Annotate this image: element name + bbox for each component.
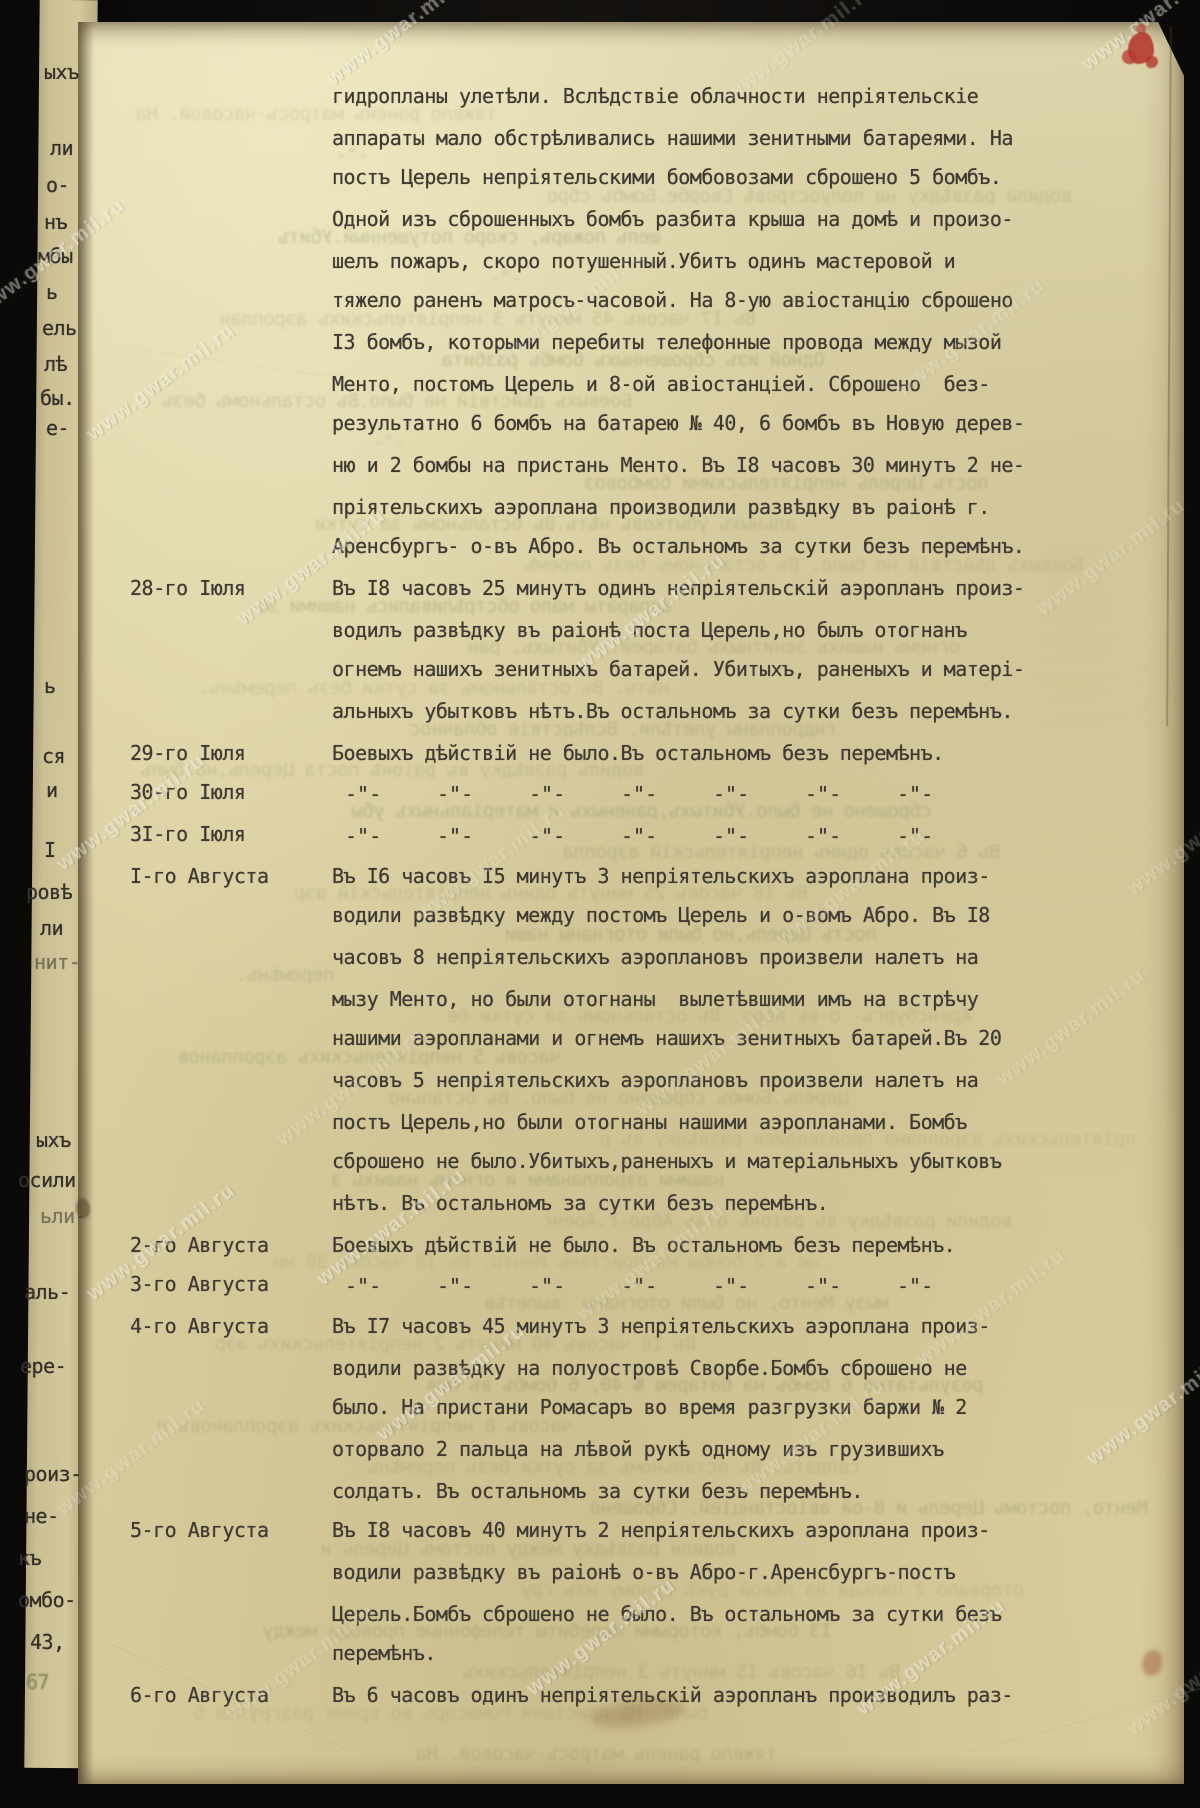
red-ink-stain	[1120, 26, 1168, 76]
watermark-text: www.gwar.mil.ru	[373, 1319, 530, 1445]
watermark-text: www.gwar.mil.ru	[0, 194, 130, 320]
watermark-text: www.gwar.mil.ru	[413, 799, 570, 925]
watermark-text: www.gwar.mil.ru	[53, 749, 210, 875]
watermark-text: www.gwar.mil.ru	[733, 1374, 890, 1500]
watermark-text: www.gwar.mil.ru	[313, 1164, 470, 1290]
watermarks-layer: www.gwar.mil.ruwww.gwar.mil.ruwww.gwar.m…	[0, 0, 1200, 1808]
watermark-text: www.gwar.mil.ru	[573, 1199, 730, 1325]
scanned-document-page: тяжело раненъ матросъ-часовой. На -"-вод…	[0, 0, 1200, 1808]
watermark-text: www.gwar.mil.ru	[633, 994, 790, 1120]
watermark-text: www.gwar.mil.ru	[233, 504, 390, 630]
watermark-text: www.gwar.mil.ru	[223, 1599, 380, 1725]
watermark-text: www.gwar.mil.ru	[53, 1394, 210, 1520]
watermark-text: www.gwar.mil.ru	[83, 319, 240, 445]
watermark-text: www.gwar.mil.ru	[1123, 774, 1200, 900]
watermark-text: www.gwar.mil.ru	[1083, 1344, 1200, 1470]
watermark-text: www.gwar.mil.ru	[1033, 494, 1190, 620]
watermark-text: www.gwar.mil.ru	[893, 274, 1050, 400]
watermark-text: www.gwar.mil.ru	[273, 1024, 430, 1150]
watermark-text: www.gwar.mil.ru	[913, 1244, 1070, 1370]
watermark-text: www.gwar.mil.ru	[773, 824, 930, 950]
watermark-text: www.gwar.mil.ru	[83, 1179, 240, 1305]
watermark-text: www.gwar.mil.ru	[853, 1594, 1010, 1720]
watermark-text: www.gwar.mil.ru	[493, 244, 650, 370]
watermark-text: www.gwar.mil.ru	[993, 964, 1150, 1090]
watermark-text: www.gwar.mil.ru	[573, 549, 730, 675]
watermark-text: www.gwar.mil.ru	[523, 1574, 680, 1700]
watermark-text: www.gwar.mil.ru	[323, 0, 480, 91]
watermark-text: www.gwar.mil.ru	[1123, 1614, 1200, 1740]
watermark-text: www.gwar.mil.ru	[723, 0, 880, 106]
